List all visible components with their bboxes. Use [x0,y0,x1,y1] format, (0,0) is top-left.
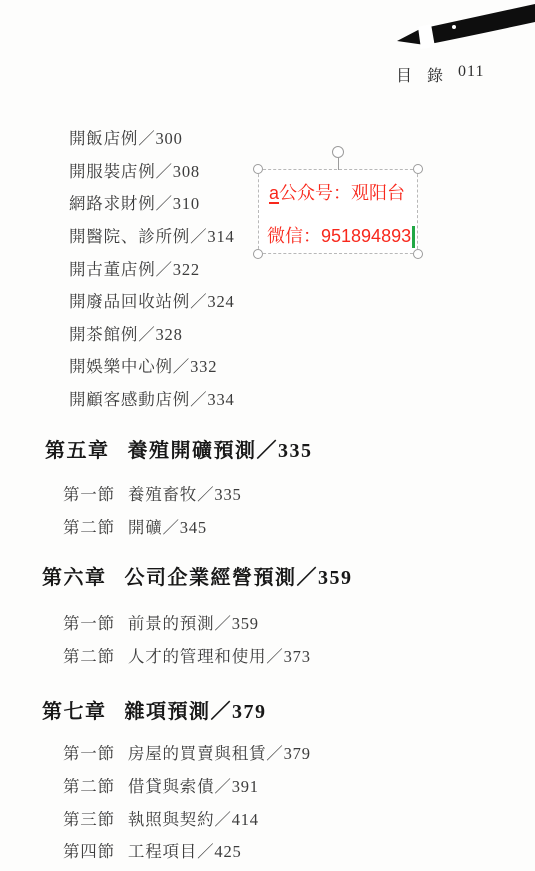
toc-item: 開廢品回收站例／324 [69,284,235,317]
section-label: 第二節 [63,514,115,538]
section-row: 第二節 借貸與索債／391 [63,769,311,802]
section-label: 第一節 [63,481,115,505]
header-title-char: 目 [396,63,413,86]
annotation-line-1[interactable]: a公众号：观阳台 [269,182,405,204]
toc-item: 開古董店例／322 [69,251,235,284]
section-title: 人才的管理和使用／373 [128,643,311,667]
section-label: 第三節 [63,806,115,830]
chapter-label: 第五章 [45,434,110,463]
toc-item: 開顧客感動店例／334 [69,382,235,415]
text-cursor [412,226,415,248]
rotate-handle[interactable] [332,146,344,158]
rotate-handle-stem [338,158,340,170]
chapter-label: 第六章 [42,561,107,590]
page-header: 目 錄 011 [396,63,484,86]
section-title: 房屋的買賣與租賃／379 [128,740,311,764]
calligraphy-brush-icon [375,0,535,60]
chapter-title: 公司企業經營預測／359 [125,561,353,590]
section-title: 前景的預測／359 [128,610,259,634]
section-title: 工程項目／425 [128,838,242,862]
section-row: 第四節 工程項目／425 [63,834,311,867]
scanned-page: 目 錄 011 開飯店例／300 開服裝店例／308 網路求財例／310 開醫院… [0,0,535,871]
section-label: 第一節 [63,610,115,634]
toc-item: 網路求財例／310 [69,186,235,219]
section-row: 第一節 養殖畜牧／335 [63,477,242,510]
toc-item: 開娛樂中心例／332 [69,349,235,382]
section-label: 第四節 [63,838,115,862]
section-row: 第二節 人才的管理和使用／373 [63,639,311,672]
chapter-6-sections: 第一節 前景的預測／359 第二節 人才的管理和使用／373 [63,606,311,671]
chapter-7-sections: 第一節 房屋的買賣與租賃／379 第二節 借貸與索債／391 第三節 執照與契約… [63,736,311,867]
section-row: 第三節 執照與契約／414 [63,801,311,834]
chapter-label: 第七章 [42,695,107,724]
section-label: 第二節 [63,773,115,797]
resize-handle-top-right[interactable] [413,164,423,174]
annotation-line2-text: 微信：951894893 [267,226,411,246]
chapter-title: 雜項預測／379 [125,695,267,724]
annotation-line1-text: 公众号：观阳台 [279,183,405,203]
resize-handle-bottom-right[interactable] [413,249,423,259]
toc-item: 開茶館例／328 [69,317,235,350]
toc-list: 開飯店例／300 開服裝店例／308 網路求財例／310 開醫院、診所例／314… [69,121,235,414]
chapter-5-sections: 第一節 養殖畜牧／335 第二節 開礦／345 [63,477,242,542]
section-label: 第二節 [63,643,115,667]
section-row: 第一節 房屋的買賣與租賃／379 [63,736,311,769]
chapter-title: 養殖開礦預測／335 [128,434,313,463]
toc-item: 開醫院、診所例／314 [69,219,235,252]
annotation-textbox[interactable]: a公众号：观阳台 微信：951894893 [258,169,418,254]
section-row: 第一節 前景的預測／359 [63,606,311,639]
section-title: 開礦／345 [128,514,207,538]
chapter-5-heading: 第五章 養殖開礦預測／335 [45,434,313,463]
toc-item: 開服裝店例／308 [69,154,235,187]
resize-handle-bottom-left[interactable] [253,249,263,259]
section-row: 第二節 開礦／345 [63,510,242,543]
section-title: 借貸與索債／391 [128,773,259,797]
resize-handle-top-left[interactable] [253,164,263,174]
chapter-6-heading: 第六章 公司企業經營預測／359 [42,561,353,590]
toc-item: 開飯店例／300 [69,121,235,154]
chapter-7-heading: 第七章 雜項預測／379 [42,695,267,724]
section-title: 養殖畜牧／335 [128,481,242,505]
section-label: 第一節 [63,740,115,764]
page-number: 011 [458,63,484,86]
annotation-underlined-char: a [269,183,279,203]
section-title: 執照與契約／414 [128,806,259,830]
header-title-char: 錄 [427,63,444,86]
annotation-line-2[interactable]: 微信：951894893 [267,225,415,248]
